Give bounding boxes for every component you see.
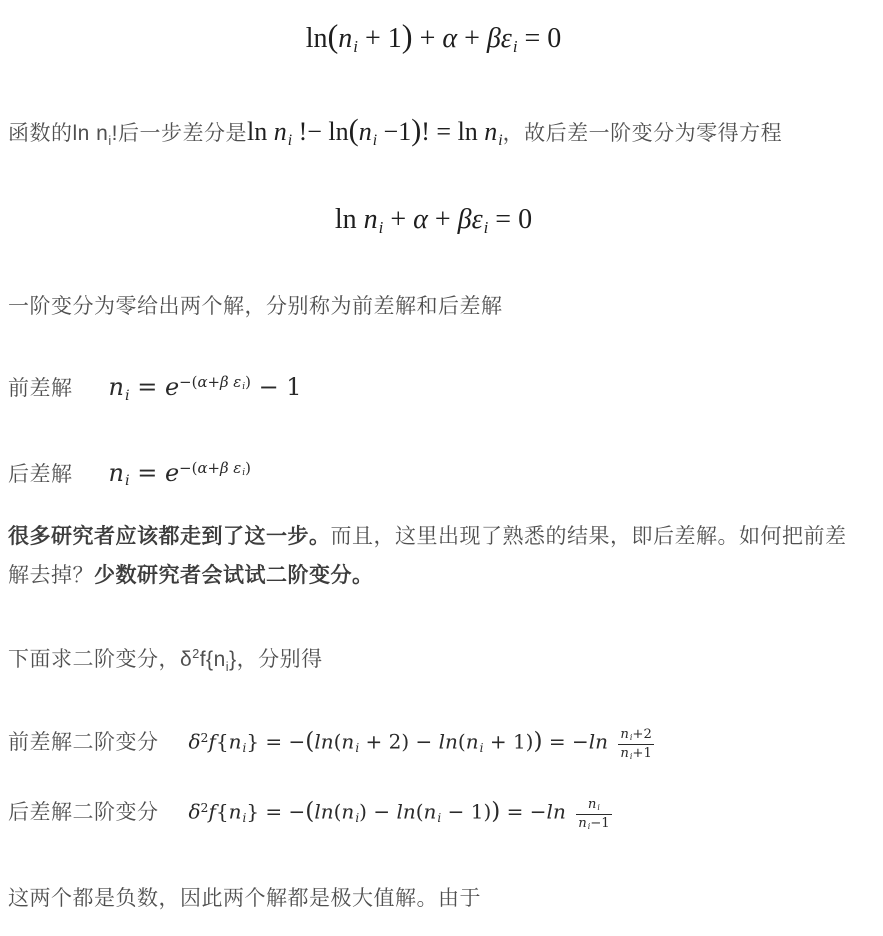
backward-second-variation-row: 后差解二阶变分 δ2f{ni} = −(ln(ni) − ln(ni − 1))…	[8, 791, 859, 835]
backward-second-variation-formula: δ2f{ni} = −(ln(ni) − ln(ni − 1)) = −ln n…	[189, 797, 612, 832]
paragraph-two-solutions: 一阶变分为零给出两个解，分别称为前差解和后差解	[8, 287, 859, 326]
forward-solution-formula: ni = e−(α+β εi) − 1	[109, 360, 302, 417]
article-body: ln(ni + 1) + α + βεi = 0 函数的ln ni!后一步差分是…	[0, 0, 867, 936]
forward-second-variation-row: 前差解二阶变分 δ2f{ni} = −(ln(ni + 2) − ln(ni +…	[8, 721, 859, 765]
forward-solution-label: 前差解	[8, 367, 73, 411]
display-formula-first-variation-zero: ln ni + α + βεi = 0	[8, 199, 859, 249]
forward-second-variation-label: 前差解二阶变分	[8, 721, 159, 765]
backward-solution-row: 后差解 ni = e−(α+β εi)	[8, 446, 859, 503]
paragraph-researchers-commentary: 很多研究者应该都走到了这一步。而且，这里出现了熟悉的结果，即后差解。如何把前差解…	[8, 517, 859, 595]
display-formula-first-difference: ln(ni + 1) + α + βεi = 0	[8, 16, 859, 68]
backward-solution-label: 后差解	[8, 453, 73, 497]
paragraph-second-variation-intro: 下面求二阶变分，δ2f{ni}，分别得	[8, 635, 859, 687]
paragraph-backward-difference-derivation: 函数的ln ni!后一步差分是ln ni !− ln(ni −1)! = ln …	[8, 114, 859, 161]
backward-second-variation-label: 后差解二阶变分	[8, 791, 159, 835]
forward-second-variation-formula: δ2f{ni} = −(ln(ni + 2) − ln(ni + 1)) = −…	[189, 727, 654, 762]
backward-solution-formula: ni = e−(α+β εi)	[109, 446, 251, 503]
forward-solution-row: 前差解 ni = e−(α+β εi) − 1	[8, 360, 859, 417]
paragraph-conclusion-maxima: 这两个都是负数，因此两个解都是极大值解。由于	[8, 879, 859, 918]
